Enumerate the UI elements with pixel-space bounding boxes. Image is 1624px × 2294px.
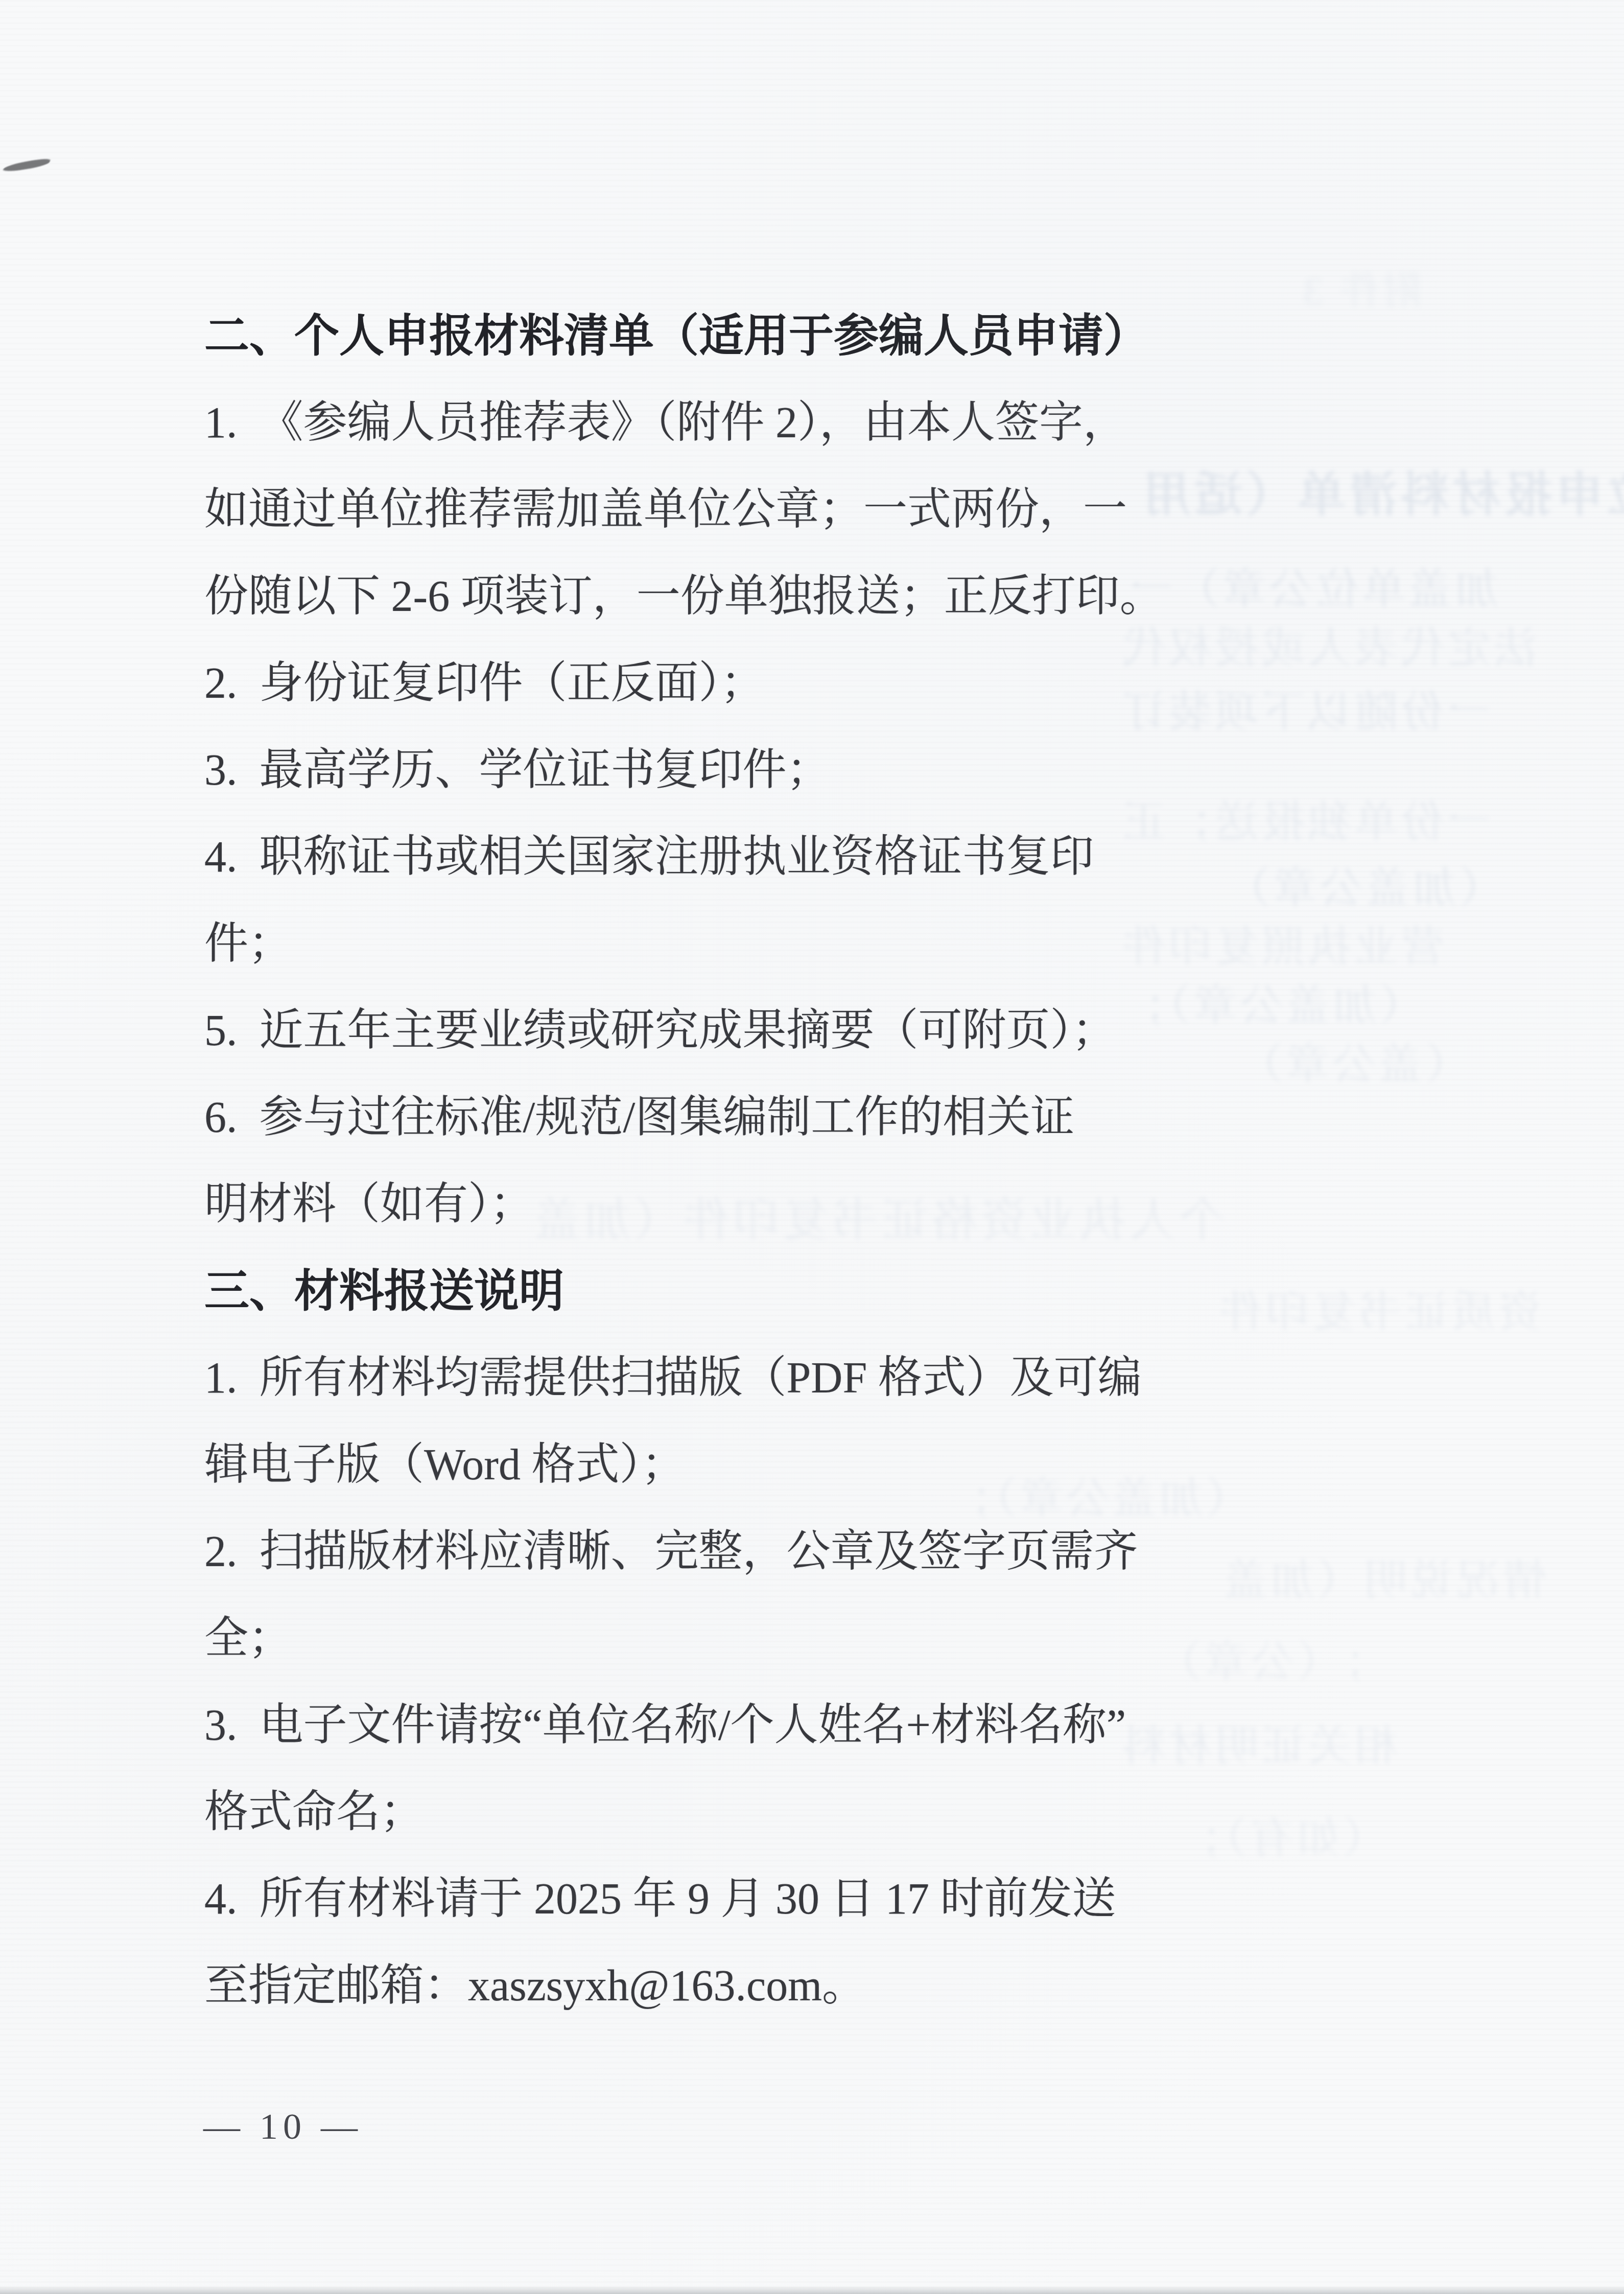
- doc-line: 4. 职称证书或相关国家注册执业资格证书复印: [204, 813, 1094, 900]
- bleed-through-line: 一份单独报送；正: [1119, 789, 1491, 856]
- scanned-document-page: 附件 3 一、单位申报材料清单（适用加盖单位公章）一法定代表人或授权代一份随以下…: [0, 0, 1624, 2294]
- scan-bottom-edge: [0, 2286, 1624, 2294]
- section-heading: 三、材料报送说明: [204, 1247, 564, 1334]
- bleed-through-line: 个人执业资格证书复印件（加盖: [531, 1188, 1225, 1254]
- doc-line: 6. 参与过往标准/规范/图集编制工作的相关证: [204, 1074, 1074, 1161]
- doc-line: 1. 所有材料均需提供扫描版（PDF 格式）及可编: [204, 1334, 1142, 1421]
- doc-line: 件；: [204, 900, 292, 987]
- bleed-through-line: （盖公章）: [1236, 1032, 1469, 1098]
- bleed-through-line: ；（公章）: [1155, 1629, 1366, 1696]
- doc-line: 2. 扫描版材料应清晰、完整，公章及签字页需齐: [204, 1508, 1138, 1595]
- doc-line: 全；: [204, 1595, 292, 1682]
- bleed-through-line: 加盖单位公章）一: [1126, 557, 1498, 623]
- bleed-through-line: 资质证书复印件: [1216, 1280, 1541, 1346]
- doc-line: 至指定邮箱：xaszsyxh@163.com。: [204, 1942, 866, 2029]
- bleed-through-line: 营业执照复印件: [1119, 914, 1444, 981]
- bleed-through-line: 法定代表人或授权代: [1119, 616, 1537, 682]
- bleed-through-line: 情况说明（加盖: [1221, 1548, 1546, 1614]
- section-heading: 二、个人申报材料清单（适用于参编人员申请）: [204, 292, 1148, 379]
- doc-line: 格式命名；: [204, 1768, 424, 1855]
- bleed-through-line: （加盖公章）；: [1119, 973, 1423, 1039]
- bleed-through-line: 一、单位申报材料清单（适用: [1139, 462, 1624, 529]
- doc-line: 4. 所有材料请于 2025 年 9 月 30 日 17 时前发送: [204, 1855, 1116, 1942]
- bleed-through-line: 相关证明材料: [1119, 1714, 1398, 1780]
- doc-line: 1. 《参编人员推荐表》（附件 2），由本人签字，: [204, 379, 1127, 466]
- doc-line: 5. 近五年主要业绩或研究成果摘要（可附页）；: [204, 987, 1116, 1074]
- bleed-through-line: 一份随以下项装订: [1119, 679, 1491, 746]
- doc-line: 辑电子版（Word 格式）；: [204, 1421, 685, 1508]
- page-number: — 10 —: [203, 2098, 363, 2155]
- bleed-through-line: （如有）；: [1175, 1806, 1386, 1872]
- doc-line: 份随以下 2-6 项装订，一份单独报送；正反打印。: [204, 553, 1164, 640]
- bleed-through-line: （加盖公章）: [1223, 856, 1502, 922]
- doc-line: 3. 最高学历、学位证书复印件；: [204, 726, 831, 813]
- doc-line: 3. 电子文件请按“单位名称/个人姓名+材料名称”: [204, 1682, 1126, 1768]
- bleed-through-attachment-label: 附件 3: [1300, 258, 1421, 324]
- doc-line: 明材料（如有）；: [204, 1161, 534, 1247]
- doc-line: 2. 身份证复印件（正反面）；: [204, 640, 765, 726]
- scan-artifact-smudge: [2, 157, 51, 173]
- doc-line: 如通过单位推荐需加盖单位公章；一式两份，一: [204, 466, 1127, 553]
